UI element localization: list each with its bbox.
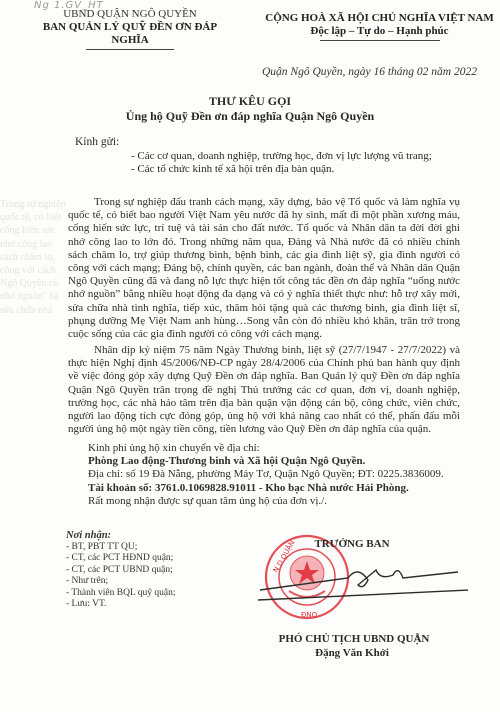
closing-line: Rất mong nhận được sự quan tâm ủng hộ củ…: [88, 495, 468, 508]
fund-board-name: BAN QUẢN LÝ QUỸ ĐỀN ƠN ĐÁP NGHĨA: [30, 21, 230, 47]
ghost-line: Trong sự nghiệp: [0, 198, 66, 211]
svg-text:ĐNQ: ĐNQ: [301, 611, 318, 619]
paragraph-1: Trong sự nghiệp đấu tranh cách mạng, xây…: [68, 196, 460, 341]
distribution-item: - Lưu: VT.: [66, 599, 176, 611]
distribution-heading: Nơi nhận:: [66, 530, 176, 542]
distribution-item: - BT, PBT TT QU;: [66, 542, 176, 554]
title-main: THƯ KÊU GỌI: [0, 94, 500, 109]
office-address: Địa chỉ: số 19 Đà Nẵng, phường Máy Tơ, Q…: [88, 468, 468, 481]
national-motto-header: CỘNG HOÀ XÃ HỘI CHỦ NGHĨA VIỆT NAM Độc l…: [262, 12, 497, 41]
ghost-line: cống hiến sức: [0, 224, 66, 237]
recipient-office: Phòng Lao động-Thương binh và Xã hội Quậ…: [88, 455, 468, 468]
distribution-item: - CT, các PCT UBND quận;: [66, 565, 176, 577]
title-subtitle: Ủng hộ Quỹ Đền ơn đáp nghĩa Quận Ngô Quy…: [0, 109, 500, 124]
handwritten-signature-icon: [258, 560, 468, 610]
signer-role: TRƯỞNG BAN: [262, 538, 442, 550]
distribution-item: - Như trên;: [66, 576, 176, 588]
issuing-agency-header: UBND QUẬN NGÔ QUYỀN BAN QUẢN LÝ QUỸ ĐỀN …: [30, 8, 230, 50]
date-line: Quận Ngô Quyền, ngày 16 tháng 02 năm 202…: [262, 66, 500, 78]
district-committee: UBND QUẬN NGÔ QUYỀN: [30, 8, 230, 21]
country-name: CỘNG HOÀ XÃ HỘI CHỦ NGHĨA VIỆT NAM: [262, 12, 497, 25]
recipients-list: - Các cơ quan, doanh nghiệp, trường học,…: [131, 150, 432, 176]
signer-name: Đặng Văn Khởi: [262, 647, 442, 659]
distribution-list: Nơi nhận: - BT, PBT TT QU; - CT, các PCT…: [66, 530, 176, 611]
signer-position: PHÓ CHỦ TỊCH UBND QUẬN: [254, 633, 454, 645]
ghost-line: sách chăm lo,: [0, 251, 66, 264]
ghost-line: quốc tế, có biết: [0, 211, 66, 224]
ghost-line: công với cách: [0, 264, 66, 277]
paragraph-2: Nhân dịp kỷ niệm 75 năm Ngày Thương binh…: [68, 344, 460, 436]
distribution-item: - Thành viên BQL quỹ quận;: [66, 588, 176, 600]
salutation: Kính gửi:: [75, 136, 119, 148]
bank-account: Tài khoản số: 3761.0.1069828.91011 - Kho…: [88, 482, 468, 495]
header-underline: [86, 49, 174, 50]
ghost-line: Ngô Quyền cũ: [0, 277, 66, 290]
transfer-intro: Kinh phí ủng hộ xin chuyển về địa chỉ:: [88, 442, 468, 455]
distribution-item: - CT, các PCT HĐND quận;: [66, 553, 176, 565]
recipient-item: - Các cơ quan, doanh nghiệp, trường học,…: [131, 150, 432, 163]
motto-underline: [320, 40, 440, 41]
national-motto: Độc lập – Tự do – Hạnh phúc: [262, 25, 497, 38]
bleed-through-text: Trong sự nghiệp quốc tế, có biết cống hi…: [0, 198, 66, 317]
document-title: THƯ KÊU GỌI Ủng hộ Quỹ Đền ơn đáp nghĩa …: [0, 94, 500, 124]
ghost-line: nhớ nguồn" bằ: [0, 290, 66, 303]
recipient-item: - Các tổ chức kinh tế xã hội trên địa bà…: [131, 163, 432, 176]
ghost-line: sửa chữa nhà: [0, 304, 66, 317]
ghost-line: nhớ công lao: [0, 238, 66, 251]
transfer-info: Kinh phí ủng hộ xin chuyển về địa chỉ: P…: [88, 442, 468, 508]
